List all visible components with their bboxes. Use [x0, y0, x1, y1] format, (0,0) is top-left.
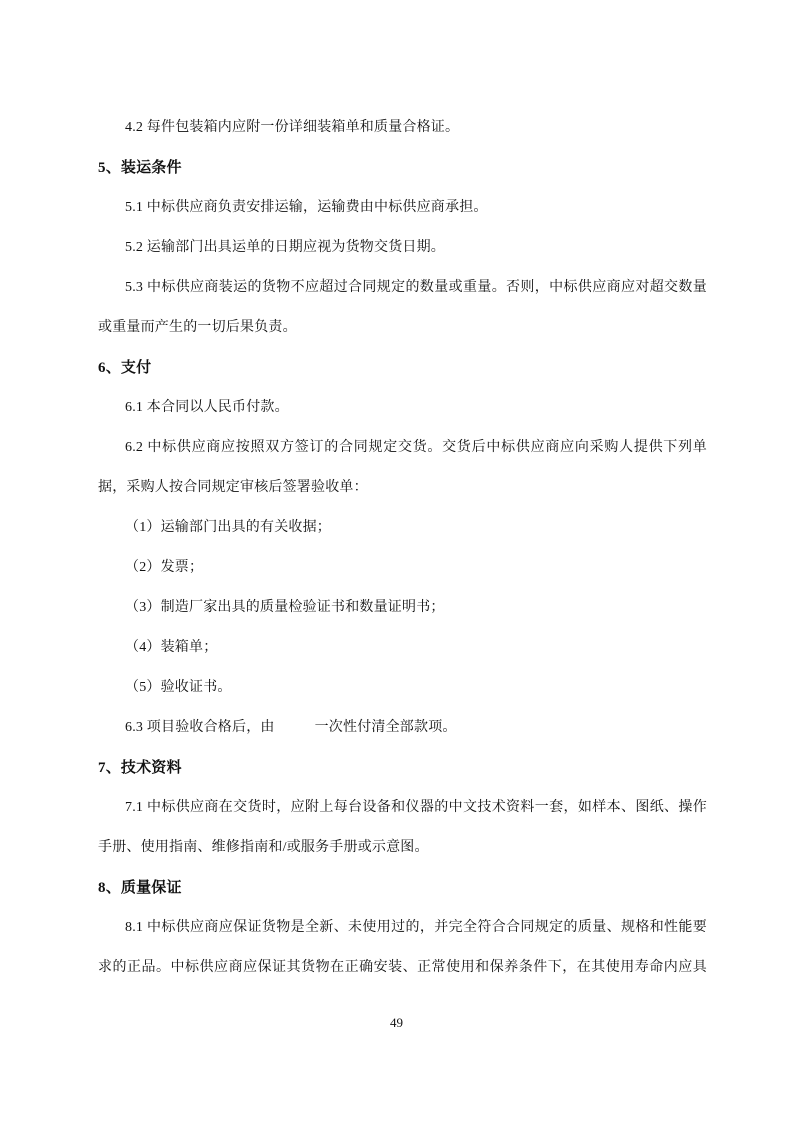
paragraph-line: 4.2 每件包装箱内应附一份详细装箱单和质量合格证。	[98, 108, 707, 148]
section-heading: 5、装运条件	[98, 148, 707, 188]
paragraph-line: （2）发票；	[98, 548, 707, 588]
paragraph-line: （5）验收证书。	[98, 668, 707, 708]
paragraph-line: 5.2 运输部门出具运单的日期应视为货物交货日期。	[98, 228, 707, 268]
paragraph-line: 求的正品。中标供应商应保证其货物在正确安装、正常使用和保养条件下，在其使用寿命内…	[98, 948, 707, 988]
paragraph-line: 据，采购人按合同规定审核后签署验收单：	[98, 468, 707, 508]
paragraph-line: （3）制造厂家出具的质量检验证书和数量证明书；	[98, 588, 707, 628]
paragraph-line: 手册、使用指南、维修指南和/或服务手册或示意图。	[98, 828, 707, 868]
page-number: 49	[390, 1015, 403, 1030]
paragraph-line: 6.3 项目验收合格后，由一次性付清全部款项。	[98, 708, 707, 748]
page: 4.2 每件包装箱内应附一份详细装箱单和质量合格证。5、装运条件5.1 中标供应…	[0, 0, 793, 1123]
paragraph-line: （1）运输部门出具的有关收据；	[98, 508, 707, 548]
section-heading: 6、支付	[98, 348, 707, 388]
text-before-blank: 6.3 项目验收合格后，由	[125, 720, 275, 735]
section-heading: 7、技术资料	[98, 748, 707, 788]
paragraph-line: 6.1 本合同以人民币付款。	[98, 388, 707, 428]
section-heading: 8、质量保证	[98, 868, 707, 908]
paragraph-line: 或重量而产生的一切后果负责。	[98, 308, 707, 348]
paragraph-line: 5.1 中标供应商负责安排运输，运输费由中标供应商承担。	[98, 188, 707, 228]
paragraph-line: 6.2 中标供应商应按照双方签订的合同规定交货。交货后中标供应商应向采购人提供下…	[98, 428, 707, 468]
paragraph-line: 7.1 中标供应商在交货时，应附上每台设备和仪器的中文技术资料一套，如样本、图纸…	[98, 788, 707, 828]
document-body: 4.2 每件包装箱内应附一份详细装箱单和质量合格证。5、装运条件5.1 中标供应…	[98, 108, 707, 988]
blank-fill-in-space	[275, 730, 315, 731]
paragraph-line: 8.1 中标供应商应保证货物是全新、未使用过的，并完全符合合同规定的质量、规格和…	[98, 908, 707, 948]
paragraph-line: 5.3 中标供应商装运的货物不应超过合同规定的数量或重量。否则，中标供应商应对超…	[98, 268, 707, 308]
paragraph-line: （4）装箱单；	[98, 628, 707, 668]
page-footer: 49	[0, 1008, 793, 1038]
text-after-blank: 一次性付清全部款项。	[315, 720, 457, 735]
